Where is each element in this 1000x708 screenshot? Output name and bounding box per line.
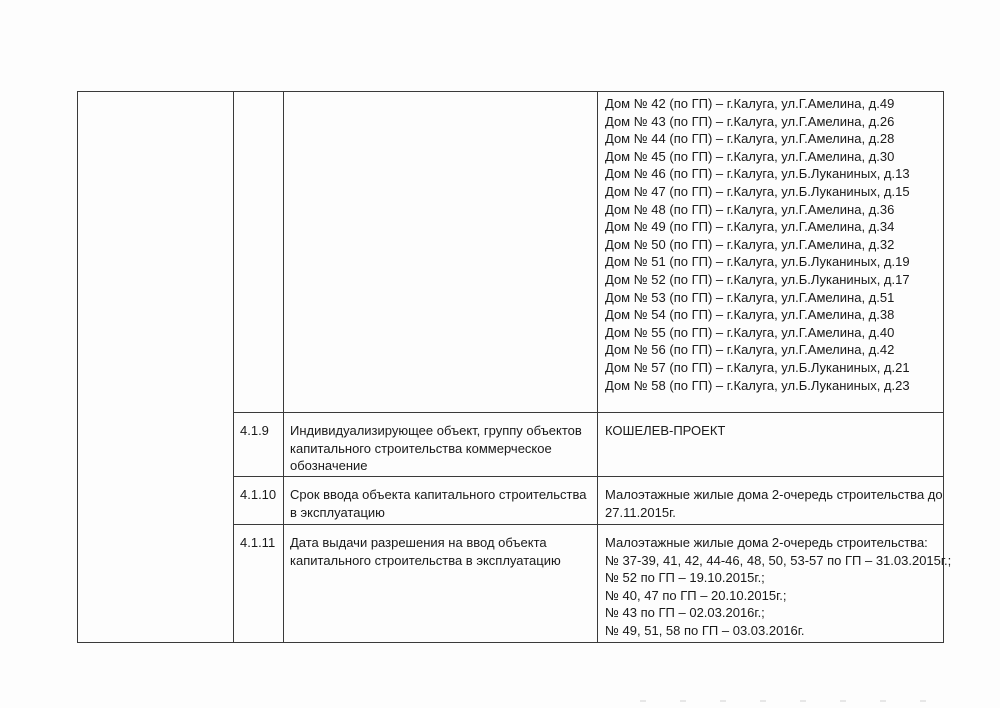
value-line: Малоэтажные жилые дома 2-очередь строите…: [605, 486, 937, 504]
value-line: 27.11.2015г.: [605, 504, 937, 522]
house-address-line: Дом № 51 (по ГП) – г.Калуга, ул.Б.Лукани…: [605, 253, 937, 271]
row-number: 4.1.9: [234, 413, 284, 477]
house-address-line: Дом № 46 (по ГП) – г.Калуга, ул.Б.Лукани…: [605, 165, 937, 183]
house-address-line: Дом № 54 (по ГП) – г.Калуга, ул.Г.Амелин…: [605, 306, 937, 324]
house-address-line: Дом № 58 (по ГП) – г.Калуга, ул.Б.Лукани…: [605, 377, 937, 395]
house-address-line: Дом № 45 (по ГП) – г.Калуга, ул.Г.Амелин…: [605, 148, 937, 166]
value-line: № 52 по ГП – 19.10.2015г.;: [605, 569, 937, 587]
table-row-houses-continued: Дом № 42 (по ГП) – г.Калуга, ул.Г.Амелин…: [78, 92, 944, 413]
row-label-cell-empty: [284, 92, 598, 413]
house-address-line: Дом № 48 (по ГП) – г.Калуга, ул.Г.Амелин…: [605, 201, 937, 219]
house-address-line: Дом № 55 (по ГП) – г.Калуга, ул.Г.Амелин…: [605, 324, 937, 342]
house-address-line: Дом № 53 (по ГП) – г.Калуга, ул.Г.Амелин…: [605, 289, 937, 307]
value-line: КОШЕЛЕВ-ПРОЕКТ: [605, 422, 937, 440]
row-number-cell-empty: [234, 92, 284, 413]
row-value-permit-dates: Малоэтажные жилые дома 2-очередь строите…: [598, 525, 944, 643]
house-address-line: Дом № 57 (по ГП) – г.Калуга, ул.Б.Лукани…: [605, 359, 937, 377]
scanned-document-page: Дом № 42 (по ГП) – г.Калуга, ул.Г.Амелин…: [0, 0, 1000, 708]
value-line: № 49, 51, 58 по ГП – 03.03.2016г.: [605, 622, 937, 640]
houses-address-list: Дом № 42 (по ГП) – г.Калуга, ул.Г.Амелин…: [598, 92, 944, 413]
house-address-line: Дом № 52 (по ГП) – г.Калуга, ул.Б.Лукани…: [605, 271, 937, 289]
row-number: 4.1.11: [234, 525, 284, 643]
value-line: Малоэтажные жилые дома 2-очередь строите…: [605, 534, 937, 552]
row-label: Дата выдачи разрешения на ввод объекта к…: [284, 525, 598, 643]
house-address-line: Дом № 56 (по ГП) – г.Калуга, ул.Г.Амелин…: [605, 341, 937, 359]
row-label: Срок ввода объекта капитального строител…: [284, 477, 598, 525]
scan-noise: [640, 700, 940, 702]
row-number: 4.1.10: [234, 477, 284, 525]
project-declaration-table: Дом № 42 (по ГП) – г.Калуга, ул.Г.Амелин…: [77, 91, 944, 643]
house-address-line: Дом № 47 (по ГП) – г.Калуга, ул.Б.Лукани…: [605, 183, 937, 201]
blank-section-cell: [78, 92, 234, 643]
house-address-line: Дом № 44 (по ГП) – г.Калуга, ул.Г.Амелин…: [605, 130, 937, 148]
value-line: № 43 по ГП – 02.03.2016г.;: [605, 604, 937, 622]
value-line: № 37-39, 41, 42, 44-46, 48, 50, 53-57 по…: [605, 552, 937, 570]
house-address-line: Дом № 50 (по ГП) – г.Калуга, ул.Г.Амелин…: [605, 236, 937, 254]
row-value-commercial-name: КОШЕЛЕВ-ПРОЕКТ: [598, 413, 944, 477]
house-address-line: Дом № 42 (по ГП) – г.Калуга, ул.Г.Амелин…: [605, 95, 937, 113]
value-line: № 40, 47 по ГП – 20.10.2015г.;: [605, 587, 937, 605]
row-value-commissioning-deadline: Малоэтажные жилые дома 2-очередь строите…: [598, 477, 944, 525]
house-address-line: Дом № 43 (по ГП) – г.Калуга, ул.Г.Амелин…: [605, 113, 937, 131]
house-address-line: Дом № 49 (по ГП) – г.Калуга, ул.Г.Амелин…: [605, 218, 937, 236]
row-label: Индивидуализирующее объект, группу объек…: [284, 413, 598, 477]
